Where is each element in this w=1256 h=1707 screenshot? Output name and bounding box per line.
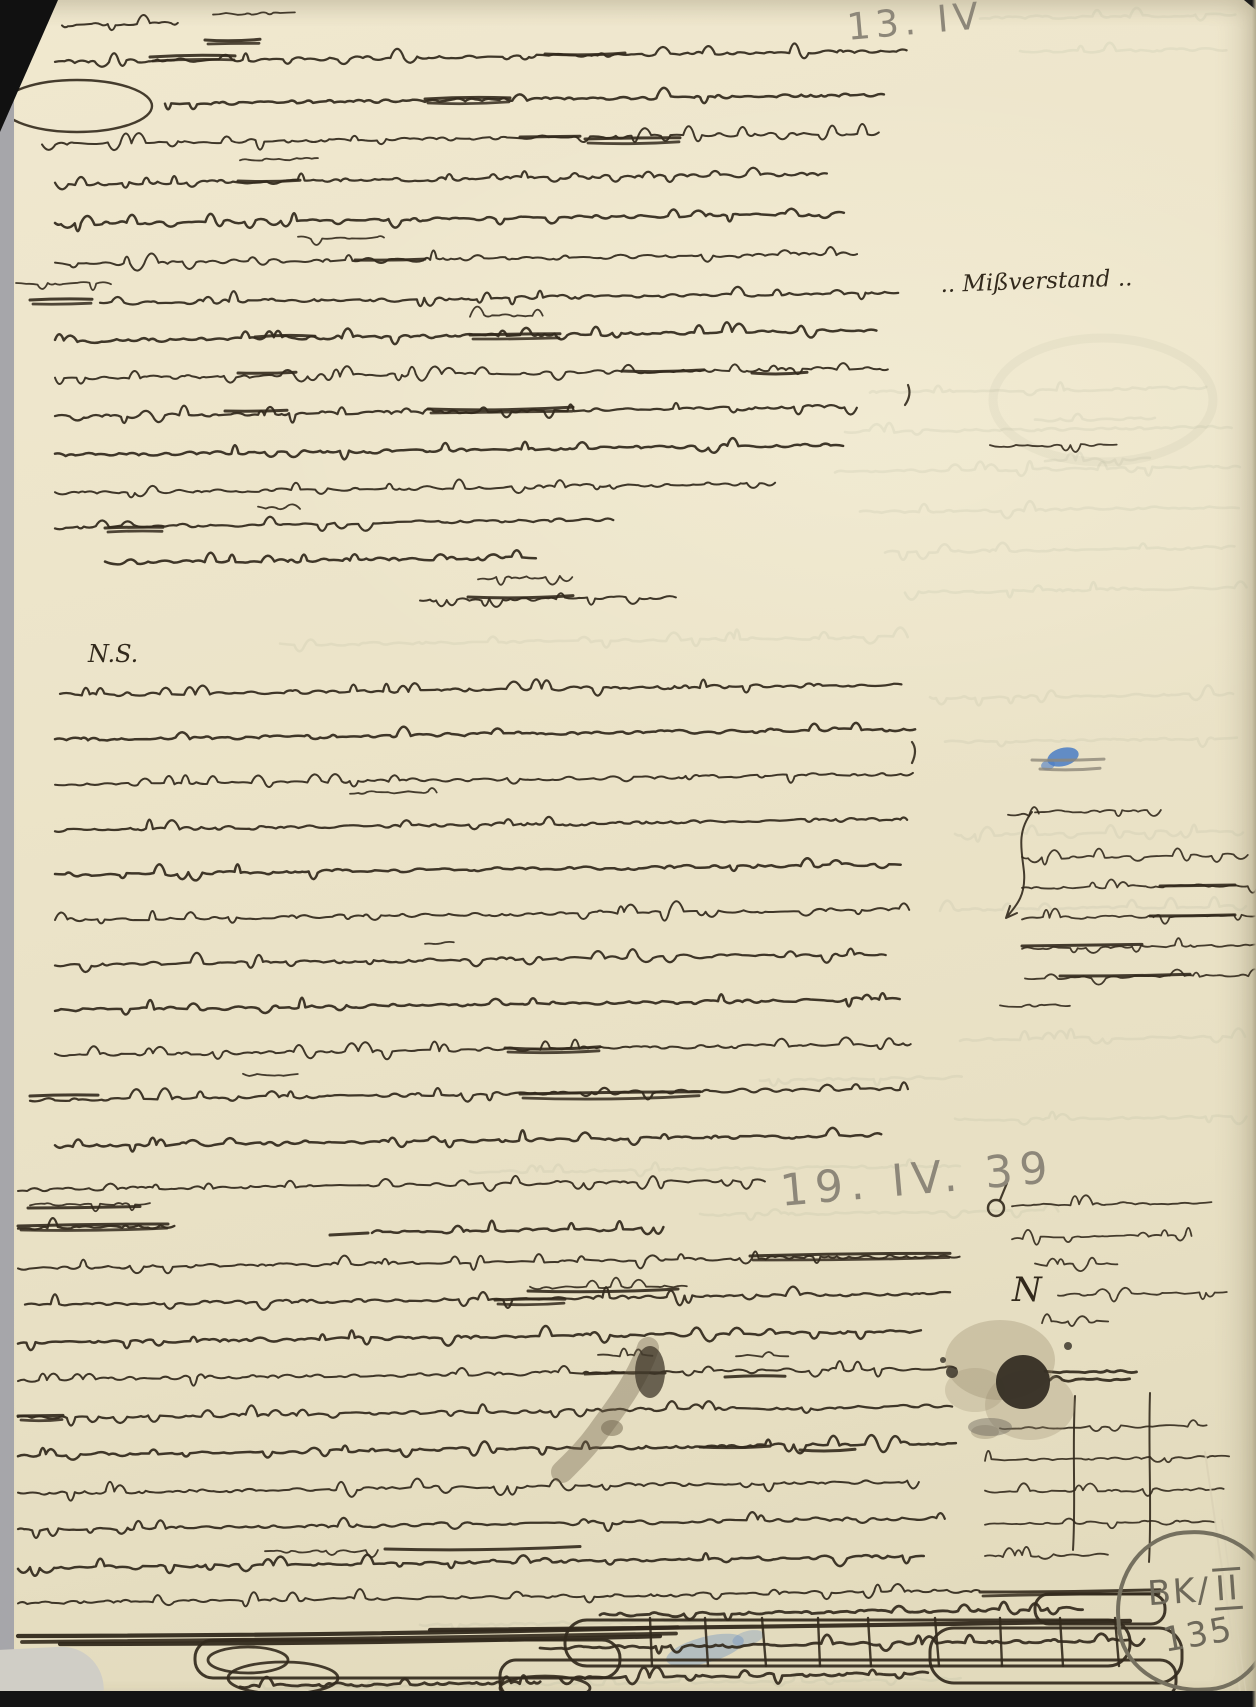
handwritten-text-lines: [16, 12, 979, 1606]
scanner-edge-left: [0, 0, 14, 1707]
handwriting-layer: [0, 0, 1256, 1707]
scanned-manuscript-page: 13. IV .. Mißverstand .. N.S. 19. IV. 39…: [0, 0, 1256, 1707]
ink-blots: [562, 1320, 1075, 1472]
scanner-edge-bottom: [0, 1691, 1256, 1707]
stamp-roman-numeral: II: [1212, 1567, 1243, 1611]
margin-initial-n: N: [1012, 1270, 1042, 1310]
archive-stamp-signature: BK/II: [1146, 1567, 1243, 1615]
stamp-number: 135: [1160, 1612, 1236, 1658]
page-edge-right-shadow: [1252, 0, 1256, 1707]
postscript-label: N.S.: [88, 640, 138, 668]
stamp-prefix: BK/: [1146, 1573, 1211, 1611]
